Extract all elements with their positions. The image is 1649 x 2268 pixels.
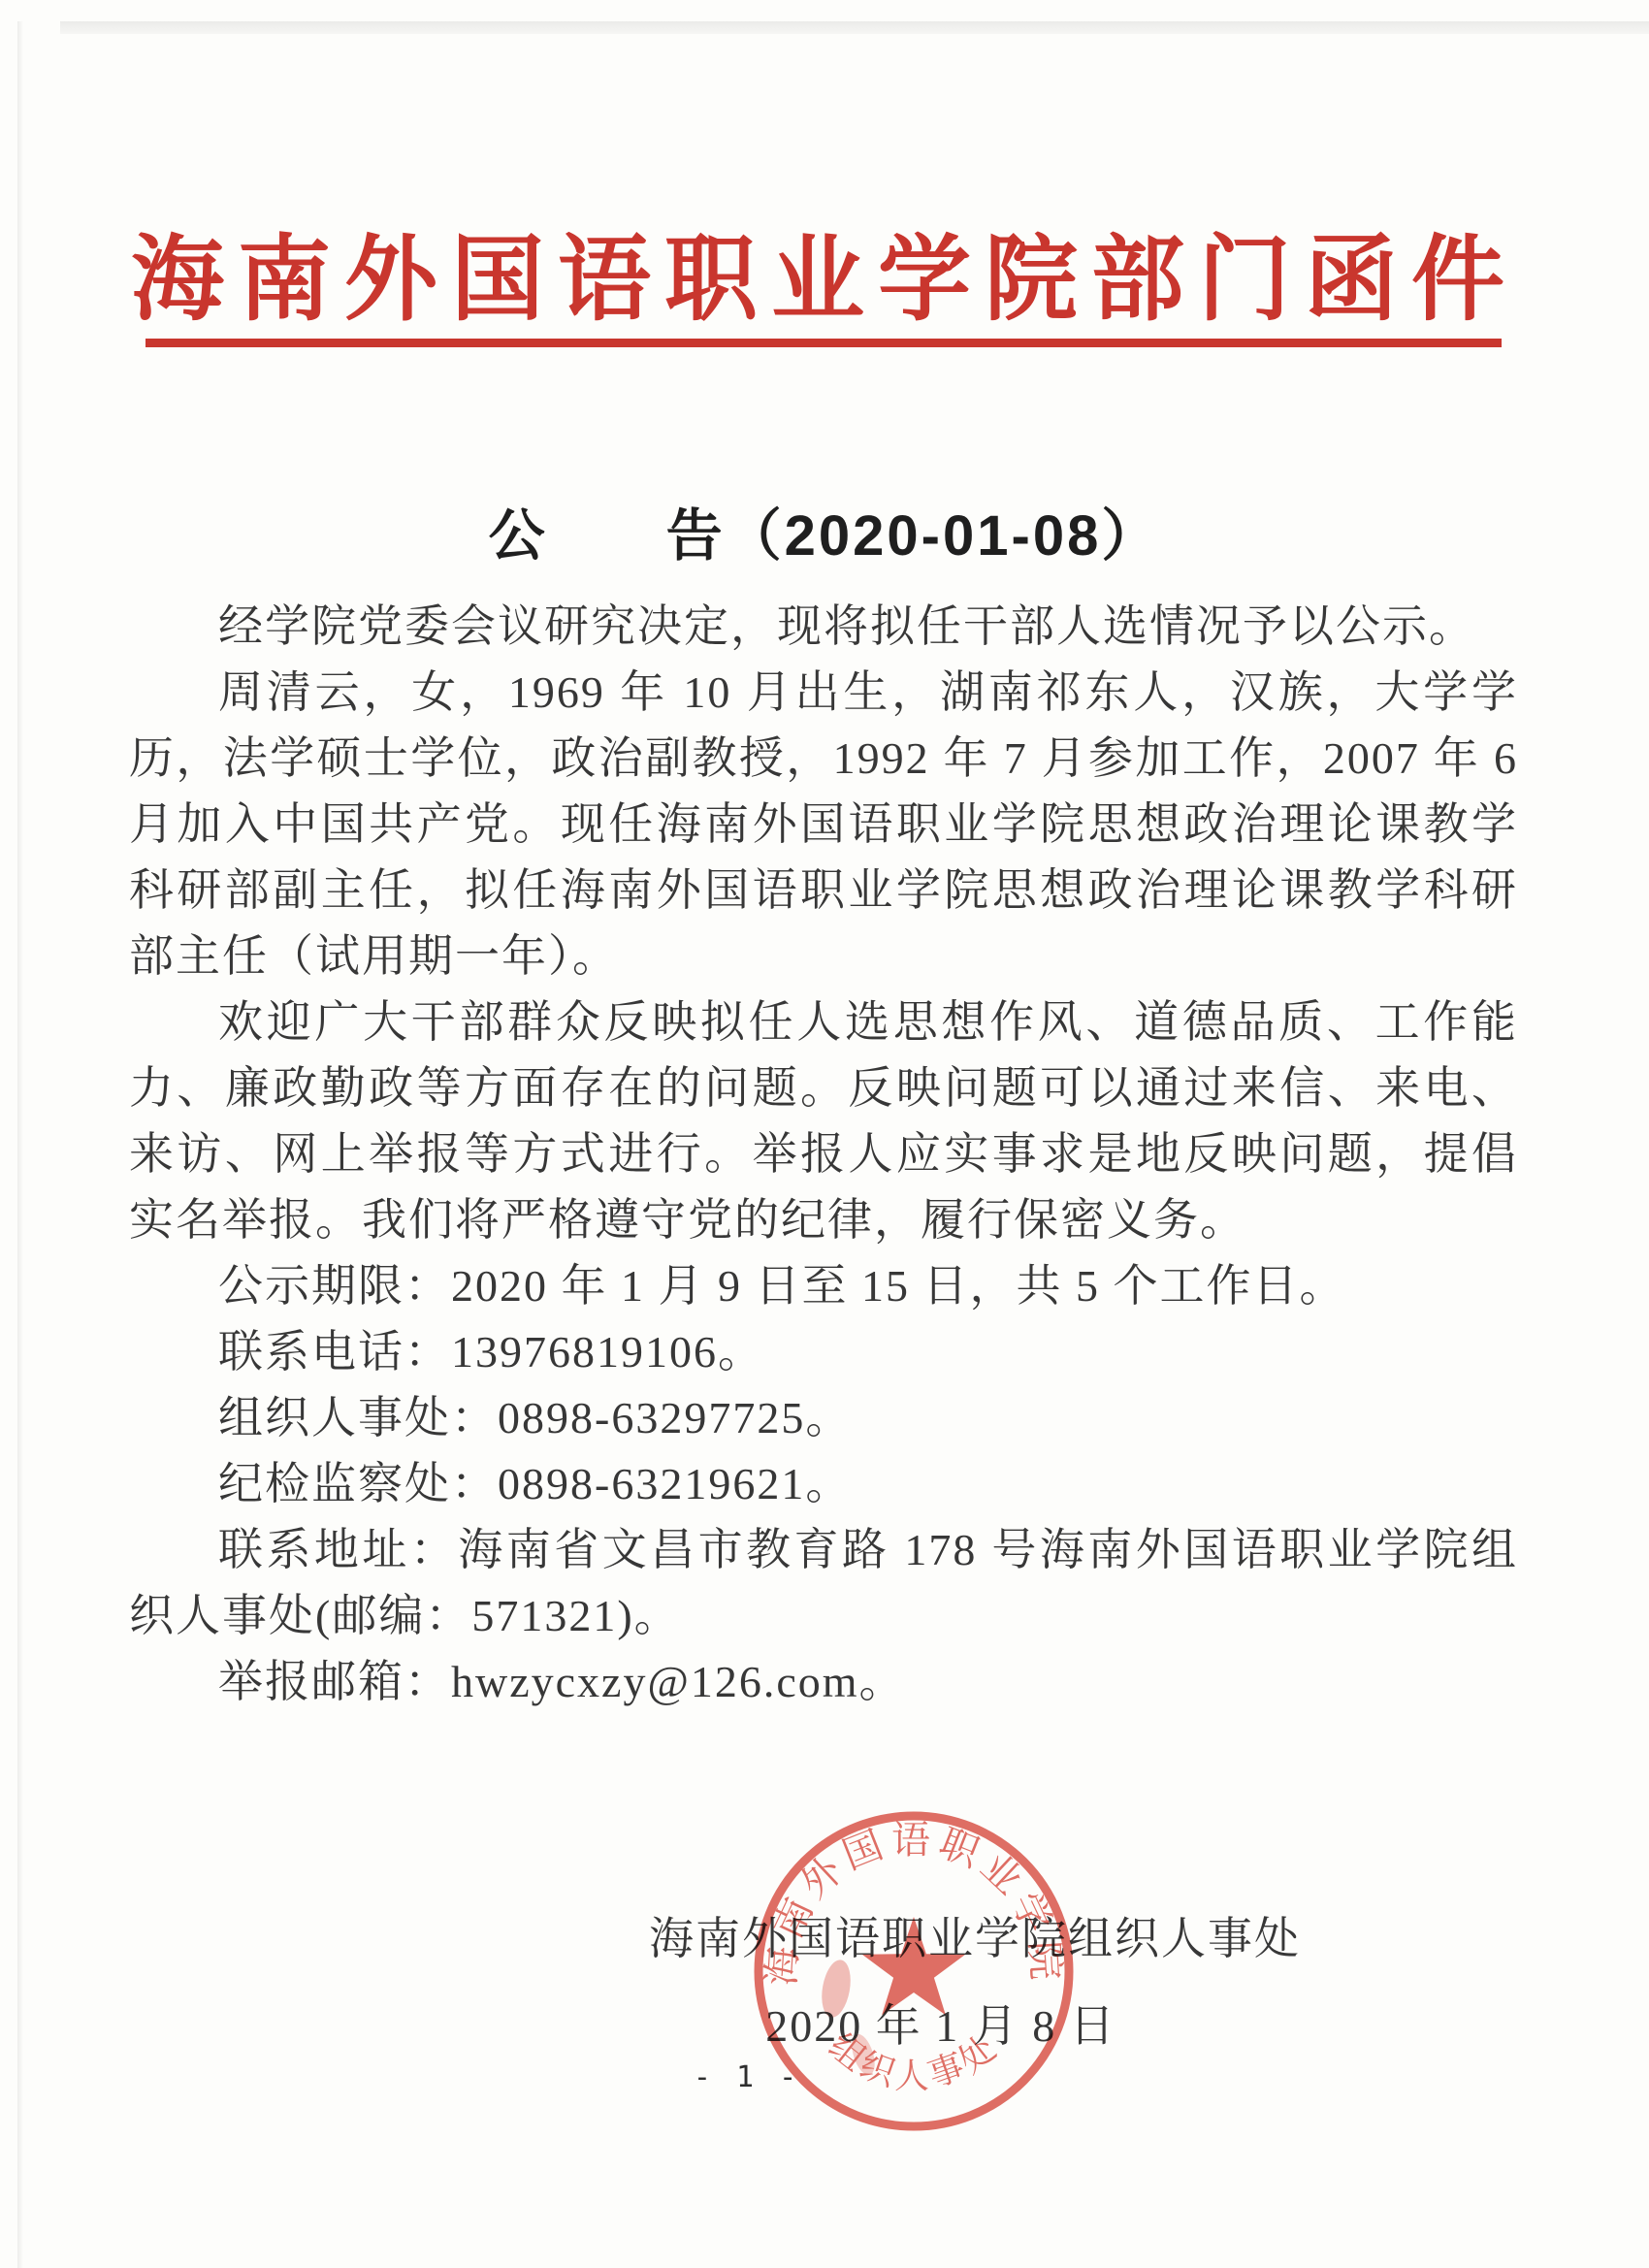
signature-date: 2020 年 1 月 8 日 xyxy=(601,1991,1280,2055)
document-page: 海南外国语职业学院部门函件 公 告（2020-01-08） 经学院党委会议研究决… xyxy=(0,0,1649,2268)
signature-organization: 海南外国语职业学院组织人事处 xyxy=(640,1903,1309,1967)
paragraph-feedback: 欢迎广大干部群众反映拟任人选思想作风、道德品质、工作能力、廉政勤政等方面存在的问… xyxy=(129,989,1518,1253)
paragraph-period: 公示期限：2020 年 1 月 9 日至 15 日，共 5 个工作日。 xyxy=(129,1253,1518,1319)
paragraph-email: 举报邮箱：hwzycxzy@126.com。 xyxy=(129,1649,1518,1715)
notice-body: 经学院党委会议研究决定，现将拟任干部人选情况予以公示。 周清云，女，1969 年… xyxy=(129,594,1518,1715)
paragraph-intro: 经学院党委会议研究决定，现将拟任干部人选情况予以公示。 xyxy=(129,594,1518,660)
scan-artifact-left-edge xyxy=(17,21,23,2268)
paragraph-candidate: 周清云，女，1969 年 10 月出生，湖南祁东人，汉族，大学学历，法学硕士学位… xyxy=(129,660,1518,989)
paragraph-phone: 联系电话：13976819106。 xyxy=(129,1319,1518,1385)
scan-artifact-top-edge xyxy=(60,21,1649,34)
paragraph-address: 联系地址：海南省文昌市教育路 178 号海南外国语职业学院组织人事处(邮编：57… xyxy=(129,1517,1518,1649)
paragraph-hr-office: 组织人事处：0898-63297725。 xyxy=(129,1385,1518,1451)
notice-title: 公 告（2020-01-08） xyxy=(0,490,1649,571)
letterhead-title: 海南外国语职业学院部门函件 xyxy=(0,206,1649,339)
letterhead-rule xyxy=(145,339,1502,347)
page-number: - 1 - xyxy=(679,2060,815,2094)
paragraph-discipline: 纪检监察处：0898-63219621。 xyxy=(129,1451,1518,1517)
